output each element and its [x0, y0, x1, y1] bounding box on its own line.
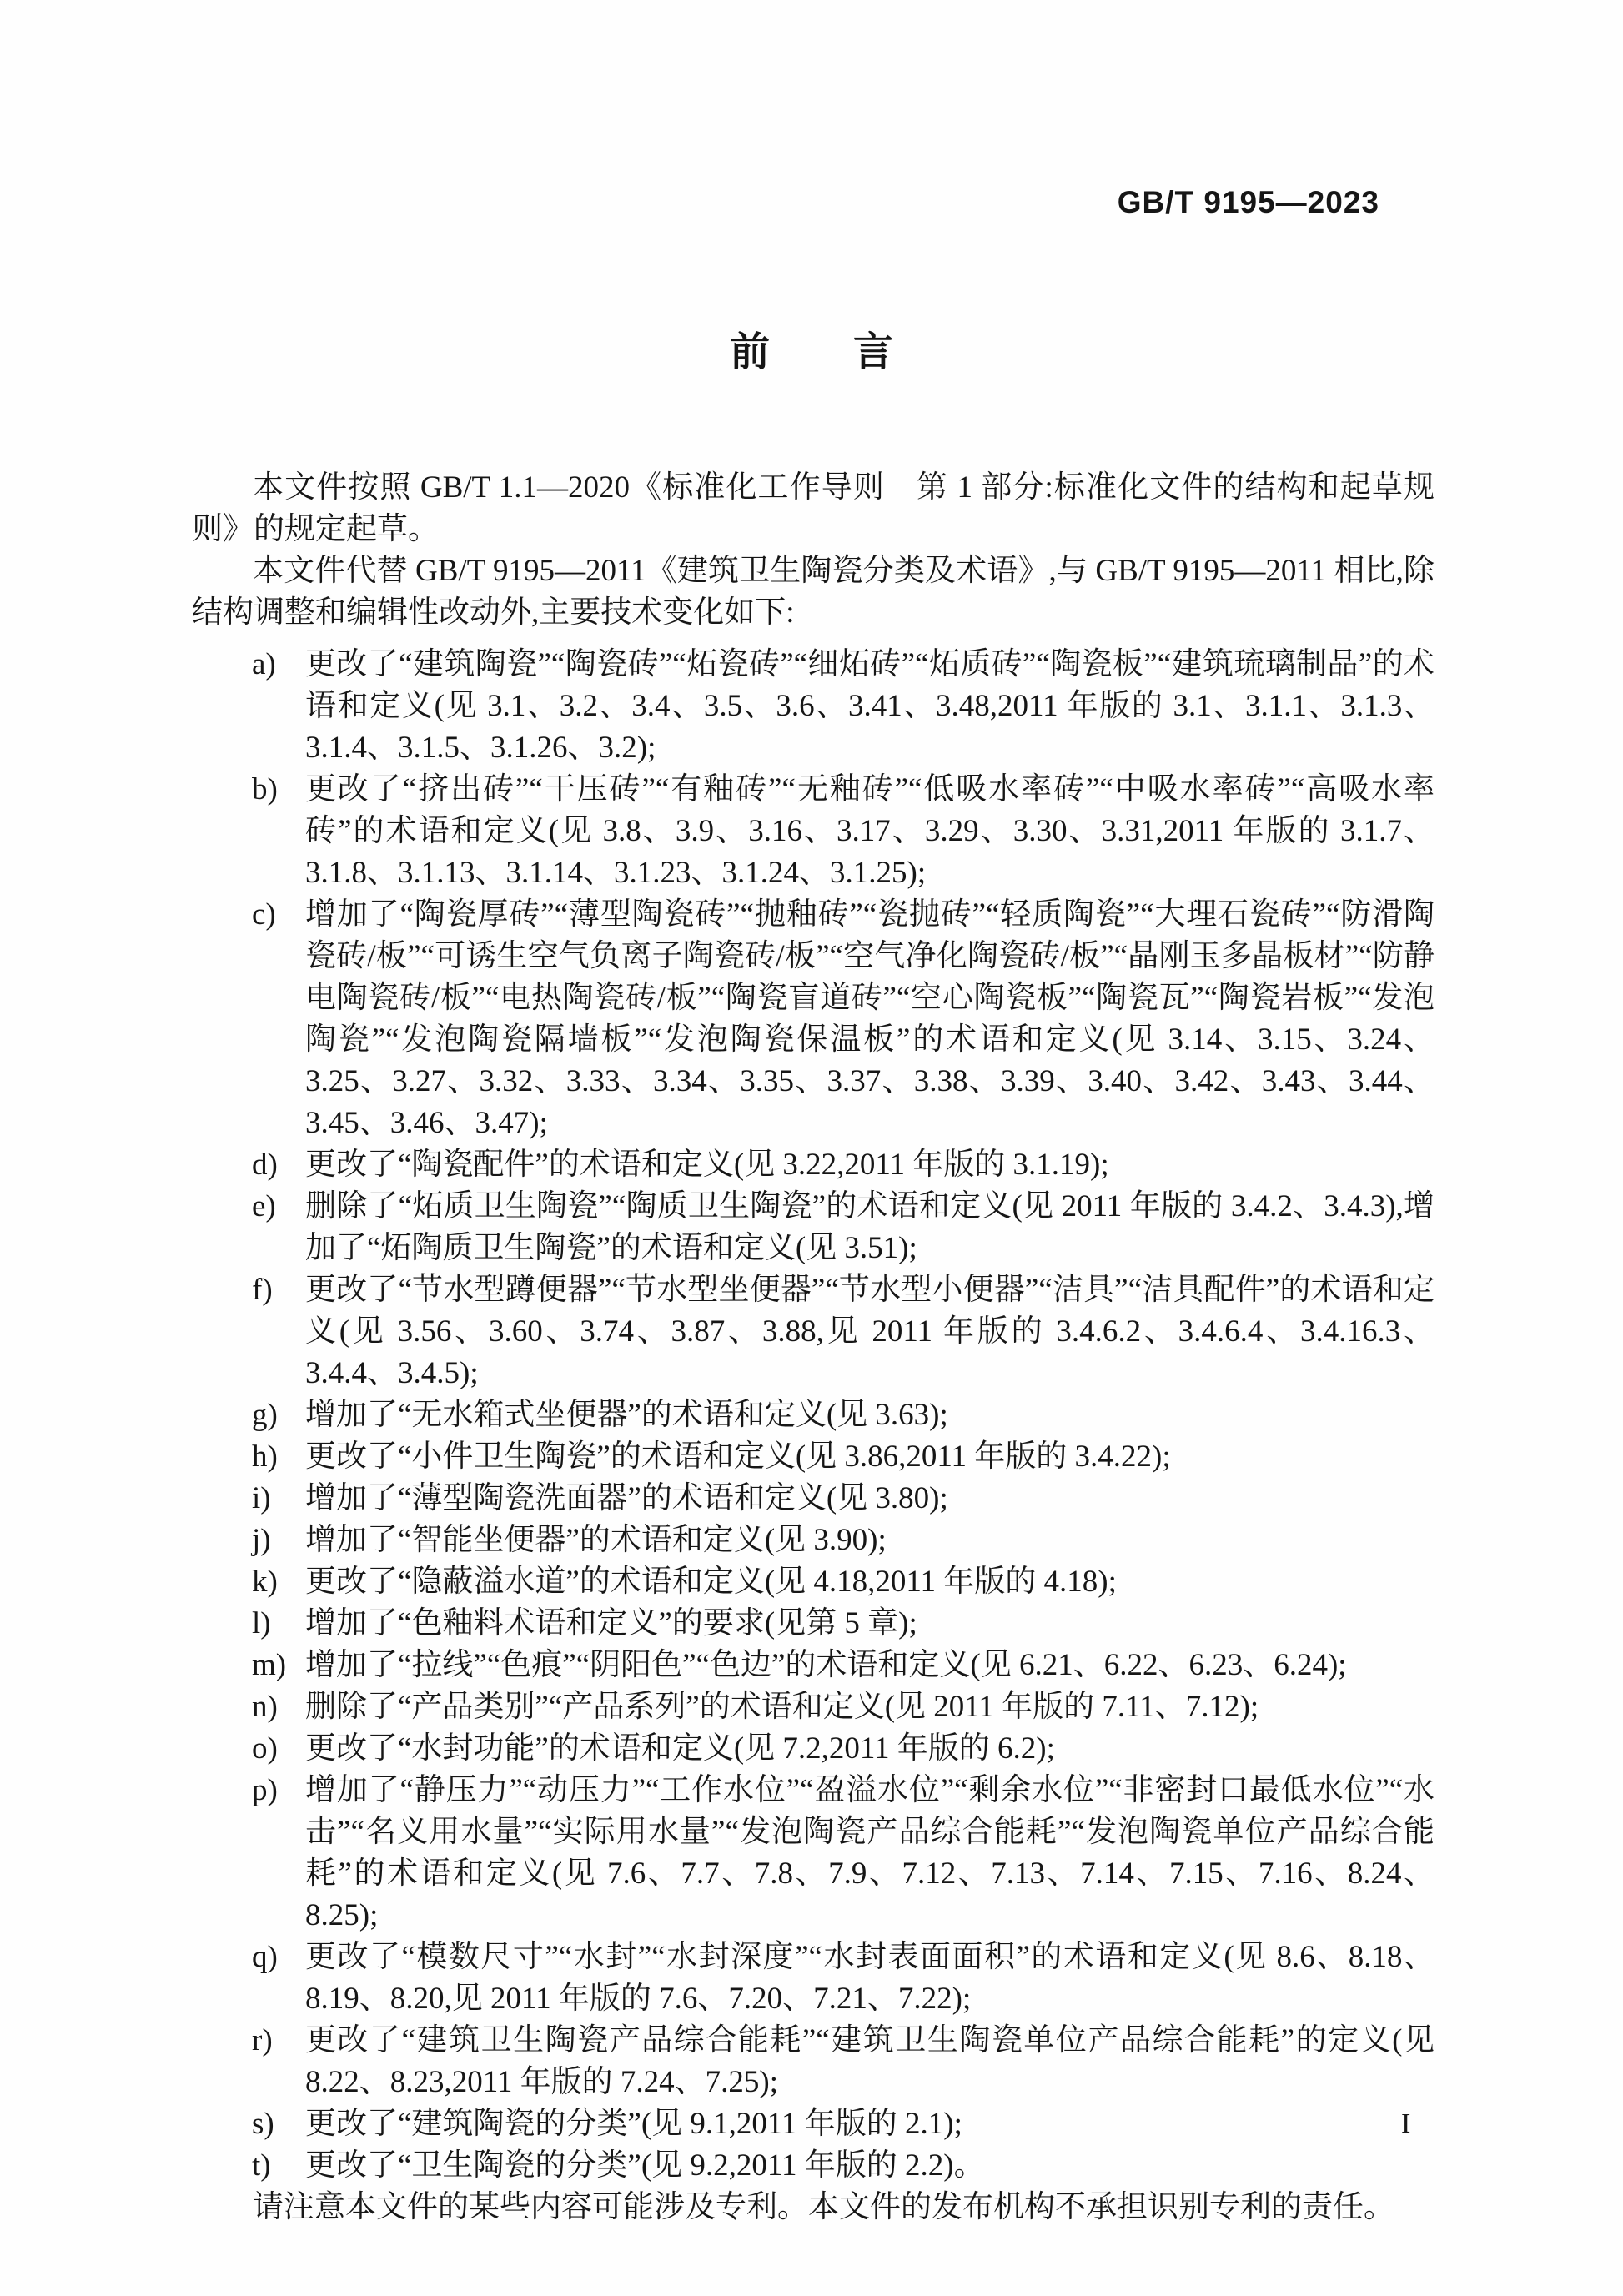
standard-number: GB/T 9195—2023: [1118, 185, 1379, 220]
change-item-l: l)增加了“色釉料术语和定义”的要求(见第 5 章);: [192, 1603, 1435, 1645]
item-label: m): [252, 1645, 286, 1686]
item-label: n): [252, 1686, 278, 1728]
item-text: 更改了“小件卫生陶瓷”的术语和定义(见 3.86,2011 年版的 3.4.22…: [305, 1439, 1171, 1474]
item-label: j): [252, 1520, 271, 1561]
title-char-2: 言: [853, 329, 893, 377]
item-text: 增加了“陶瓷厚砖”“薄型陶瓷砖”“抛釉砖”“瓷抛砖”“轻质陶瓷”“大理石瓷砖”“…: [305, 897, 1435, 1140]
change-item-n: n)删除了“产品类别”“产品系列”的术语和定义(见 2011 年版的 7.11、…: [192, 1686, 1435, 1728]
change-item-s: s)更改了“建筑陶瓷的分类”(见 9.1,2011 年版的 2.1);: [192, 2103, 1435, 2145]
item-text: 更改了“水封功能”的术语和定义(见 7.2,2011 年版的 6.2);: [305, 1731, 1055, 1766]
item-text: 删除了“产品类别”“产品系列”的术语和定义(见 2011 年版的 7.11、7.…: [305, 1690, 1259, 1724]
item-label: q): [252, 1937, 278, 1978]
change-item-q: q)更改了“模数尺寸”“水封”“水封深度”“水封表面面积”的术语和定义(见 8.…: [192, 1937, 1435, 2020]
change-item-p: p)增加了“静压力”“动压力”“工作水位”“盈溢水位”“剩余水位”“非密封口最低…: [192, 1770, 1435, 1937]
document-title: 前 言: [0, 329, 1623, 377]
change-item-o: o)更改了“水封功能”的术语和定义(见 7.2,2011 年版的 6.2);: [192, 1728, 1435, 1770]
item-label: c): [252, 894, 276, 936]
change-item-b: b)更改了“挤出砖”“干压砖”“有釉砖”“无釉砖”“低吸水率砖”“中吸水率砖”“…: [192, 769, 1435, 894]
change-item-k: k)更改了“隐蔽溢水道”的术语和定义(见 4.18,2011 年版的 4.18)…: [192, 1561, 1435, 1603]
item-text: 增加了“无水箱式坐便器”的术语和定义(见 3.63);: [305, 1398, 948, 1432]
item-label: f): [252, 1269, 273, 1311]
change-item-r: r)更改了“建筑卫生陶瓷产品综合能耗”“建筑卫生陶瓷单位产品综合能耗”的定义(见…: [192, 2020, 1435, 2103]
change-item-f: f)更改了“节水型蹲便器”“节水型坐便器”“节水型小便器”“洁具”“洁具配件”的…: [192, 1269, 1435, 1394]
change-item-t: t)更改了“卫生陶瓷的分类”(见 9.2,2011 年版的 2.2)。: [192, 2145, 1435, 2187]
item-text: 更改了“挤出砖”“干压砖”“有釉砖”“无釉砖”“低吸水率砖”“中吸水率砖”“高吸…: [305, 772, 1435, 890]
intro-paragraph-2: 本文件代替 GB/T 9195—2011《建筑卫生陶瓷分类及术语》,与 GB/T…: [192, 550, 1435, 634]
item-label: s): [252, 2103, 274, 2145]
item-text: 更改了“建筑陶瓷”“陶瓷砖”“炻瓷砖”“细炻砖”“炻质砖”“陶瓷板”“建筑琉璃制…: [305, 647, 1435, 765]
change-item-e: e)删除了“炻质卫生陶瓷”“陶质卫生陶瓷”的术语和定义(见 2011 年版的 3…: [192, 1186, 1435, 1269]
change-item-d: d)更改了“陶瓷配件”的术语和定义(见 3.22,2011 年版的 3.1.19…: [192, 1144, 1435, 1186]
item-label: a): [252, 644, 276, 686]
intro-paragraph-1: 本文件按照 GB/T 1.1—2020《标准化工作导则 第 1 部分:标准化文件…: [192, 467, 1435, 550]
patent-notice: 请注意本文件的某些内容可能涉及专利。本文件的发布机构不承担识别专利的责任。: [192, 2187, 1435, 2228]
document-page: GB/T 9195—2023 前 言 本文件按照 GB/T 1.1—2020《标…: [0, 0, 1623, 2296]
change-item-j: j)增加了“智能坐便器”的术语和定义(见 3.90);: [192, 1520, 1435, 1561]
change-item-h: h)更改了“小件卫生陶瓷”的术语和定义(见 3.86,2011 年版的 3.4.…: [192, 1436, 1435, 1478]
foreword-body: 本文件按照 GB/T 1.1—2020《标准化工作导则 第 1 部分:标准化文件…: [192, 467, 1435, 2228]
item-label: b): [252, 769, 278, 811]
item-text: 删除了“炻质卫生陶瓷”“陶质卫生陶瓷”的术语和定义(见 2011 年版的 3.4…: [305, 1189, 1435, 1265]
item-text: 增加了“智能坐便器”的术语和定义(见 3.90);: [305, 1523, 887, 1557]
page-number: I: [1401, 2108, 1410, 2140]
item-label: r): [252, 2020, 273, 2062]
item-text: 增加了“色釉料术语和定义”的要求(见第 5 章);: [305, 1606, 917, 1640]
item-label: i): [252, 1478, 271, 1520]
item-label: o): [252, 1728, 278, 1770]
item-label: e): [252, 1186, 276, 1228]
change-item-c: c)增加了“陶瓷厚砖”“薄型陶瓷砖”“抛釉砖”“瓷抛砖”“轻质陶瓷”“大理石瓷砖…: [192, 894, 1435, 1144]
title-char-1: 前: [730, 329, 770, 377]
item-label: g): [252, 1394, 278, 1436]
item-text: 更改了“建筑陶瓷的分类”(见 9.1,2011 年版的 2.1);: [305, 2107, 962, 2141]
item-label: h): [252, 1436, 278, 1478]
change-item-g: g)增加了“无水箱式坐便器”的术语和定义(见 3.63);: [192, 1394, 1435, 1436]
item-label: l): [252, 1603, 271, 1645]
item-text: 更改了“模数尺寸”“水封”“水封深度”“水封表面面积”的术语和定义(见 8.6、…: [305, 1940, 1435, 2016]
item-label: d): [252, 1144, 278, 1186]
change-item-i: i)增加了“薄型陶瓷洗面器”的术语和定义(见 3.80);: [192, 1478, 1435, 1520]
change-item-a: a)更改了“建筑陶瓷”“陶瓷砖”“炻瓷砖”“细炻砖”“炻质砖”“陶瓷板”“建筑琉…: [192, 644, 1435, 769]
item-text: 增加了“拉线”“色痕”“阴阳色”“色边”的术语和定义(见 6.21、6.22、6…: [305, 1648, 1347, 1682]
item-text: 更改了“隐蔽溢水道”的术语和定义(见 4.18,2011 年版的 4.18);: [305, 1565, 1117, 1599]
item-text: 更改了“建筑卫生陶瓷产品综合能耗”“建筑卫生陶瓷单位产品综合能耗”的定义(见 8…: [305, 2023, 1435, 2099]
item-text: 增加了“薄型陶瓷洗面器”的术语和定义(见 3.80);: [305, 1481, 948, 1515]
item-text: 更改了“节水型蹲便器”“节水型坐便器”“节水型小便器”“洁具”“洁具配件”的术语…: [305, 1273, 1435, 1390]
item-text: 增加了“静压力”“动压力”“工作水位”“盈溢水位”“剩余水位”“非密封口最低水位…: [305, 1773, 1435, 1932]
item-text: 更改了“陶瓷配件”的术语和定义(见 3.22,2011 年版的 3.1.19);: [305, 1148, 1109, 1182]
item-label: t): [252, 2145, 271, 2187]
item-label: k): [252, 1561, 278, 1603]
change-list: a)更改了“建筑陶瓷”“陶瓷砖”“炻瓷砖”“细炻砖”“炻质砖”“陶瓷板”“建筑琉…: [192, 644, 1435, 2187]
item-label: p): [252, 1770, 278, 1811]
change-item-m: m)增加了“拉线”“色痕”“阴阳色”“色边”的术语和定义(见 6.21、6.22…: [192, 1645, 1435, 1686]
item-text: 更改了“卫生陶瓷的分类”(见 9.2,2011 年版的 2.2)。: [305, 2148, 985, 2183]
